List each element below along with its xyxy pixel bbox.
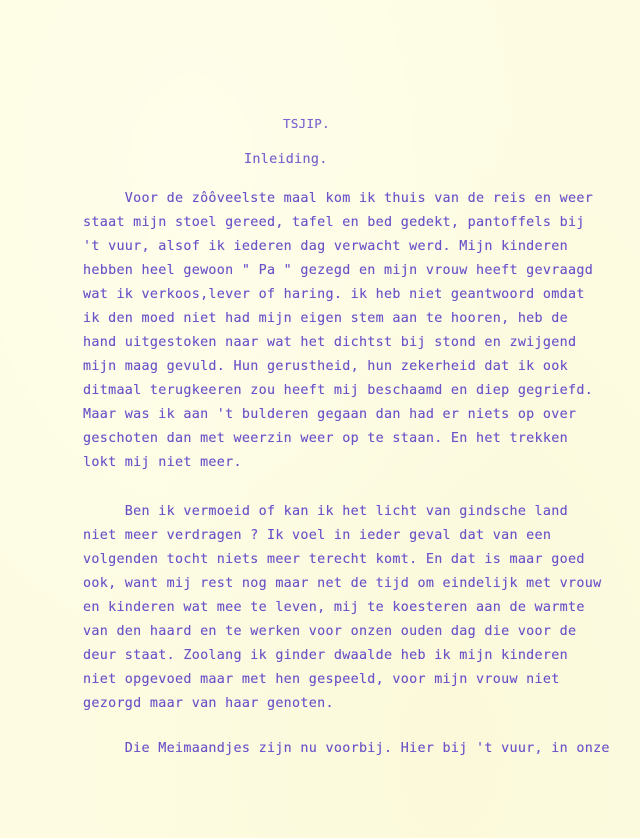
text-line: hand uitgestoken naar wat het dichtst bi…: [83, 331, 576, 355]
text-line: ook, want mij rest nog maar net de tijd …: [83, 572, 601, 596]
text-line: mijn maag gevuld. Hun gerustheid, hun ze…: [83, 355, 568, 379]
text-line: Ben ik vermoeid of kan ik het licht van …: [83, 500, 568, 524]
text-line: hebben heel gewoon " Pa " gezegd en mijn…: [83, 259, 593, 283]
text-line: ditmaal terugkeeren zou heeft mij bescha…: [83, 379, 593, 403]
text-line: ik den moed niet had mijn eigen stem aan…: [83, 307, 568, 331]
text-line: en kinderen wat mee te leven, mij te koe…: [83, 596, 585, 620]
text-line: gezorgd maar van haar genoten.: [83, 692, 334, 716]
text-line: staat mijn stoel gereed, tafel en bed ge…: [83, 211, 585, 235]
text-line: deur staat. Zoolang ik ginder dwaalde he…: [83, 644, 568, 668]
text-line: Die Meimaandjes zijn nu voorbij. Hier bi…: [83, 737, 610, 761]
document-subtitle: Inleiding.: [244, 148, 328, 172]
text-line: niet meer verdragen ? Ik voel in ieder g…: [83, 524, 551, 548]
text-line: geschoten dan met weerzin weer op te sta…: [83, 427, 568, 451]
text-line: wat ik verkoos,lever of haring. ik heb n…: [83, 283, 585, 307]
text-line: van den haard en te werken voor onzen ou…: [83, 620, 576, 644]
document-title: TSJIP.: [283, 112, 330, 136]
typewritten-page: TSJIP. Inleiding. Voor de zôôveelste maa…: [0, 0, 640, 838]
text-line: niet opgevoed maar met hen gespeeld, voo…: [83, 668, 560, 692]
text-line: volgenden tocht niets meer terecht komt.…: [83, 548, 585, 572]
text-line: Voor de zôôveelste maal kom ik thuis van…: [83, 187, 593, 211]
text-line: lokt mij niet meer.: [83, 451, 242, 475]
text-line: 't vuur, alsof ik iederen dag verwacht w…: [83, 235, 568, 259]
text-line: Maar was ik aan 't bulderen gegaan dan h…: [83, 403, 576, 427]
